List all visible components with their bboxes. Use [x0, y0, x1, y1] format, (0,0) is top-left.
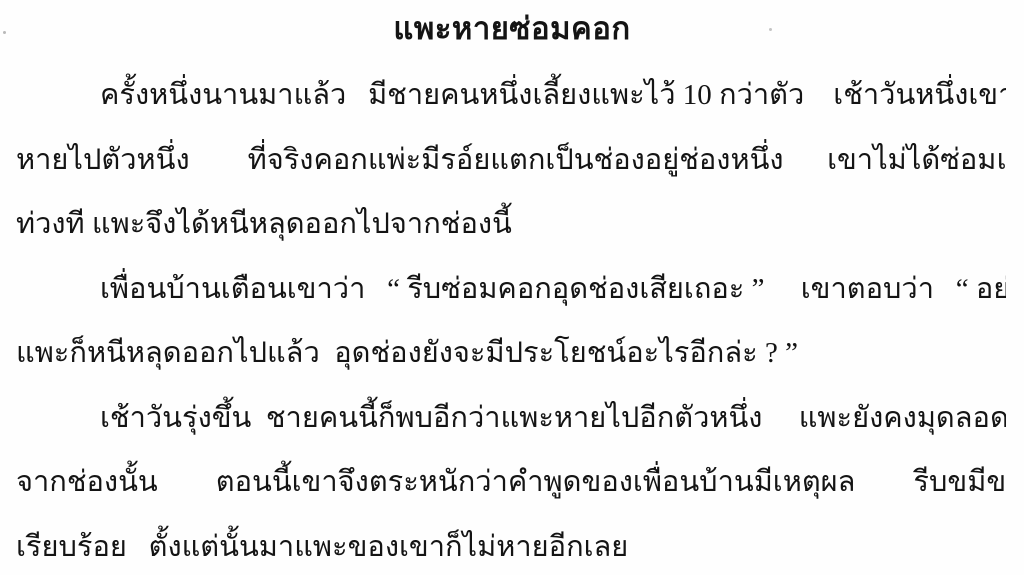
text-line: เรียบร้อย ตั้งแต่นั้นมาแพะของเขาก็ไม่หาย…	[16, 515, 1006, 575]
text-line: หายไปตัวหนึ่ง ที่จริงคอกแพ่ะมีรอ์ยแตกเป็…	[16, 128, 1006, 193]
document-page: แพะหายซ่อมคอก ครั้งหนึ่งนานมาแล้ว มีชายค…	[0, 0, 1024, 575]
text-line: แพะก็หนีหลุดออกไปแล้ว อุดช่องยังจะมีประโ…	[16, 321, 1006, 386]
text-line: ท่วงที แพะจึงได้หนีหลุดออกไปจากช่องนี้	[16, 192, 1006, 257]
text-line: เพื่อนบ้านเตือนเขาว่า “ รีบซ่อมคอกอุดช่อ…	[16, 257, 1006, 322]
scan-speck	[769, 28, 772, 31]
document-title: แพะหายซ่อมคอก	[0, 0, 1024, 52]
story-text: ครั้งหนึ่งนานมาแล้ว มีชายคนหนึ่งเลี้ยงแพ…	[0, 52, 1024, 575]
scan-speck	[3, 31, 6, 34]
text-line: จากช่องนั้น ตอนนี้เขาจึงตระหนักว่าคำพูดข…	[16, 450, 1006, 515]
text-line: ครั้งหนึ่งนานมาแล้ว มีชายคนหนึ่งเลี้ยงแพ…	[16, 63, 1006, 128]
text-line: เช้าวันรุ่งขึ้น ชายคนนี้ก็พบอีกว่าแพะหาย…	[16, 386, 1006, 451]
